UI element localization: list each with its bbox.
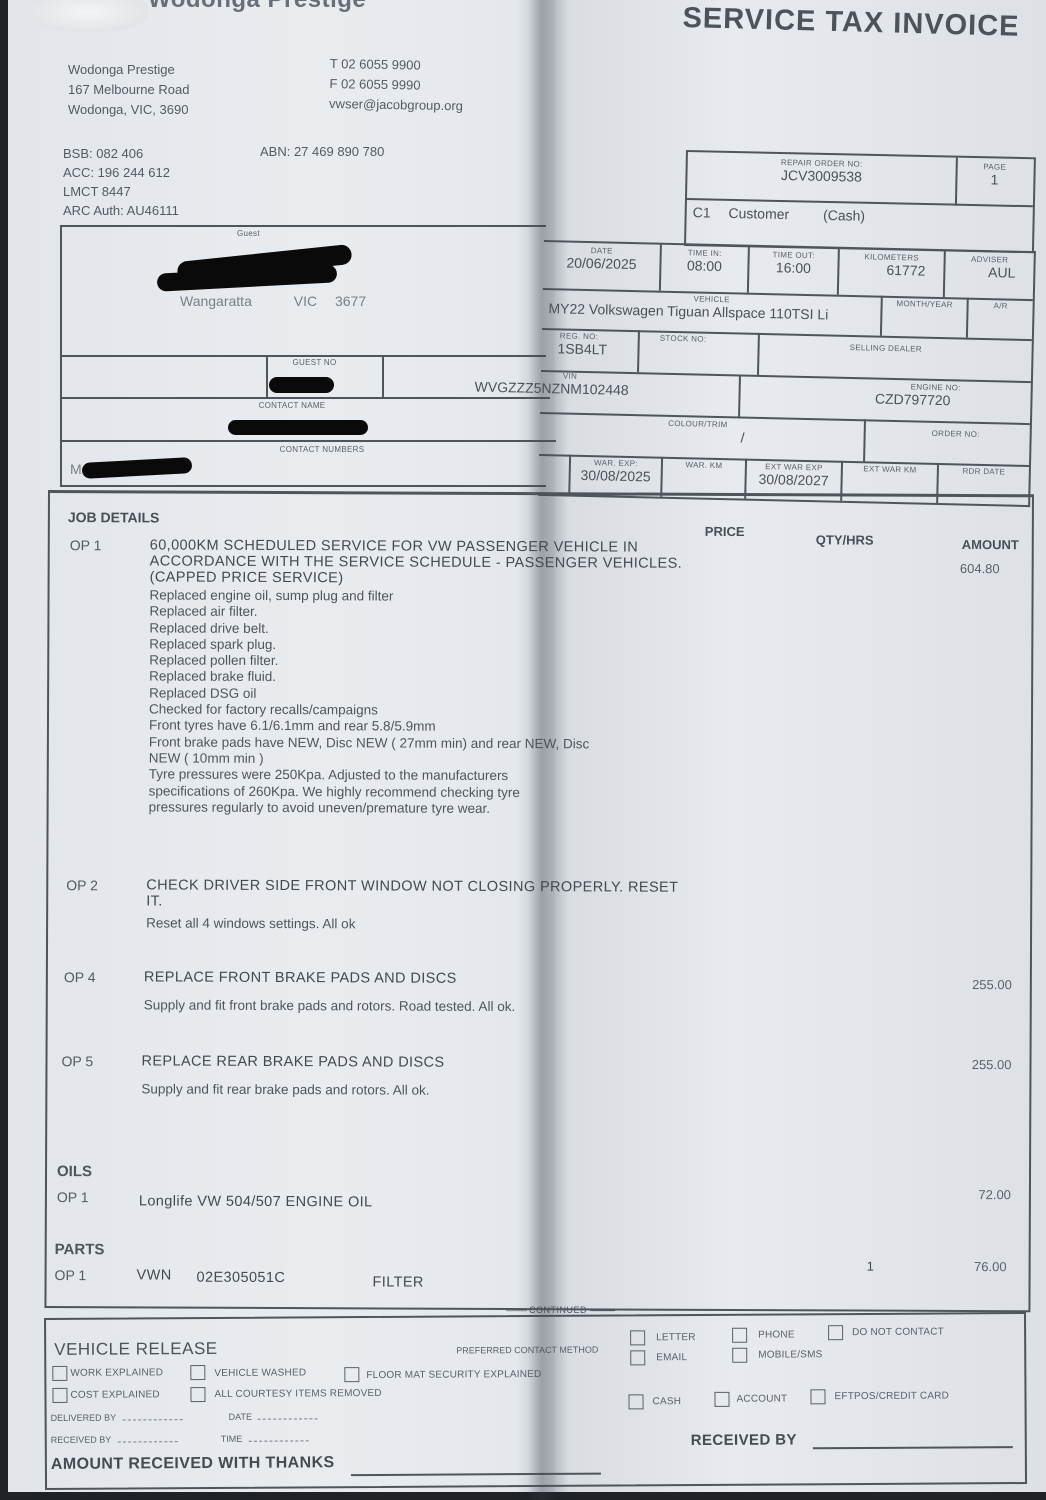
time-label: TIME [221, 1434, 243, 1444]
op-detail-line: Front brake pads have NEW, Disc NEW ( 27… [149, 734, 589, 752]
time-field[interactable]: TIME [221, 1432, 309, 1444]
date-label: DATE [229, 1412, 252, 1422]
account-number: ACC: 196 244 612 [63, 163, 179, 182]
part-brand: VWN [137, 1267, 172, 1283]
email-label: EMAIL [656, 1352, 687, 1363]
cost-explained-checkbox[interactable] [52, 1388, 67, 1403]
bank-details: BSB: 082 406 ACC: 196 244 612 LMCT 8447 … [63, 144, 179, 220]
account-label: ACCOUNT [736, 1393, 787, 1404]
oil-op-code: OP 1 [57, 1189, 89, 1205]
op-details: Replaced engine oil, sump plug and filte… [149, 587, 590, 817]
op-detail-line: Replaced spark plug. [149, 636, 589, 654]
op-detail-line: Replaced pollen filter. [149, 653, 589, 671]
received-by-label: RECEIVED BY [691, 1431, 797, 1449]
payment-type: (Cash) [823, 207, 865, 224]
job-operation: OP 1 60,000KM SCHEDULED SERVICE FOR VW P… [50, 493, 1032, 497]
op-detail-line: pressures regularly to avoid uneven/prem… [149, 799, 589, 817]
op-title: REPLACE REAR BRAKE PADS AND DISCS [141, 1053, 444, 1070]
op-detail-line: Checked for factory recalls/campaigns [149, 702, 589, 720]
eftpos-checkbox[interactable] [810, 1389, 825, 1404]
dealer-address: Wodonga Prestige 167 Melbourne Road Wodo… [68, 60, 189, 120]
guest-suburb: Wangaratta [180, 293, 252, 309]
job-operation: OP 2 CHECK DRIVER SIDE FRONT WINDOW NOT … [50, 493, 1032, 497]
war-exp-cell: WAR. EXP: 30/08/2025 [568, 455, 663, 497]
amount-received-line[interactable] [351, 1473, 601, 1477]
op-details: Supply and fit front brake pads and roto… [144, 997, 516, 1015]
op-code: OP 5 [61, 1053, 93, 1069]
document-title: SERVICE TAX INVOICE [682, 2, 1020, 44]
kilometers-cell: KILOMETERS 61772 [839, 249, 946, 297]
op-code: OP 2 [66, 877, 98, 893]
adviser-value: AUL [945, 263, 1033, 281]
logo-smudge [28, 0, 148, 32]
time-out-cell: TIME OUT: 16:00 [749, 247, 840, 295]
received-by-small-label: RECEIVED BY [51, 1435, 112, 1445]
date-cell: DATE 20/06/2025 [543, 242, 662, 291]
contact-number-prefix: M [70, 461, 82, 477]
phone-label: PHONE [758, 1329, 795, 1340]
order-cell: ORDER No: [865, 419, 1030, 465]
order-label: ORDER No: [866, 427, 1030, 440]
abn: ABN: 27 469 890 780 [260, 144, 384, 159]
divider [382, 355, 384, 397]
op-amount: 255.00 [942, 977, 1012, 992]
email-address: vwser@jacobgroup.org [329, 94, 463, 116]
work-explained-label: WORK EXPLAINED [70, 1367, 163, 1379]
courtesy-items-label: ALL COURTESY ITEMS REMOVED [214, 1388, 381, 1400]
repair-order-cell: REPAIR ORDER No: JCV3009538 [687, 152, 958, 206]
op-detail-line: Tyre pressures were 250Kpa. Adjusted to … [149, 767, 589, 785]
part-amount: 76.00 [937, 1259, 1007, 1274]
stock-cell: STOCK No: [639, 330, 760, 375]
op-title: 60,000KM SCHEDULED SERVICE FOR VW PASSEN… [150, 537, 683, 587]
cost-explained-label: COST EXPLAINED [70, 1389, 159, 1401]
amount-column-header: AMOUNT [962, 537, 1019, 552]
engine-cell: ENGINE No: CZD797720 [740, 375, 1031, 424]
delivered-by-field[interactable]: DELIVERED BY [51, 1411, 183, 1423]
delivered-by-label: DELIVERED BY [51, 1413, 117, 1423]
redacted-guest-no [269, 377, 334, 393]
vehicle-washed-label: VEHICLE WASHED [214, 1367, 306, 1379]
op-amount: 604.80 [930, 561, 1000, 576]
op-title-line: CHECK DRIVER SIDE FRONT WINDOW NOT CLOSI… [146, 877, 678, 895]
op-detail-line: Replaced DSG oil [149, 685, 589, 703]
continued-label: CONTINUED [529, 1305, 587, 1315]
cash-label: CASH [652, 1396, 681, 1407]
month-year-cell: MONTH/YEAR [882, 296, 969, 338]
price-column-header: PRICE [705, 524, 745, 539]
kilometers-value: 61772 [839, 261, 943, 279]
lmct: LMCT 8447 [63, 182, 179, 201]
preferred-contact-label: PREFERRED CONTACT METHOD [456, 1345, 598, 1356]
guest-label: Guest [237, 229, 260, 238]
qty-column-header: QTY/HRS [816, 532, 874, 547]
guest-state: VIC [294, 293, 317, 309]
do-not-contact-checkbox[interactable] [828, 1325, 843, 1340]
op-code: OP 4 [64, 969, 96, 985]
ext-war-km-label: EXT WAR KM [843, 464, 937, 475]
op-title: REPLACE FRONT BRAKE PADS AND DISCS [144, 969, 457, 986]
parts-heading: PARTS [55, 1241, 105, 1258]
op-detail-line: Replaced drive belt. [149, 620, 589, 638]
rdr-label: RDR Date [939, 466, 1029, 477]
received-by-line[interactable] [813, 1446, 1013, 1449]
op-detail-line: Replaced brake fluid. [149, 669, 589, 687]
redacted-contact-name [228, 420, 368, 435]
job-operation: OP 4 REPLACE FRONT BRAKE PADS AND DISCS … [50, 493, 1032, 497]
eftpos-label: EFTPOS/CREDIT CARD [834, 1390, 949, 1402]
divider [62, 440, 556, 442]
ext-war-exp-value: 30/08/2027 [746, 471, 840, 489]
reg-cell: REG. No: 1SB4LT [541, 328, 640, 372]
oil-amount: 72.00 [941, 1187, 1011, 1202]
time-in-cell: TIME IN: 08:00 [661, 245, 750, 293]
page-number: 1 [955, 171, 1033, 189]
selling-dealer-label: SELLING DEALER [760, 341, 1032, 356]
job-details-heading: JOB DETAILS [68, 509, 160, 525]
oil-description: Longlife VW 504/507 ENGINE OIL [139, 1193, 373, 1210]
op-detail-line: Replaced air filter. [149, 604, 589, 622]
letter-label: LETTER [656, 1332, 696, 1343]
op-details: Supply and fit rear brake pads and rotor… [141, 1081, 429, 1099]
fax-number: F 02 6055 9990 [329, 74, 463, 96]
customer-type: C1 Customer (Cash) [693, 204, 866, 224]
address-line: Wodonga, VIC, 3690 [68, 100, 189, 120]
customer-type-label: Customer [728, 205, 789, 222]
job-details-section: JOB DETAILS PRICE QTY/HRS AMOUNT OP 1 60… [44, 490, 1034, 1312]
guest-location: Wangaratta VIC 3677 [180, 293, 366, 309]
op-detail-line: NEW ( 10mm min ) [149, 750, 589, 768]
op-code: OP 1 [70, 537, 102, 553]
ac-cell: A/R [968, 298, 1033, 339]
stock-label: STOCK No: [640, 333, 758, 345]
vehicle-details-grid: DATE 20/06/2025 TIME IN: 08:00 TIME OUT:… [538, 240, 1036, 507]
vehicle-release-section: VEHICLE RELEASE WORK EXPLAINED VEHICLE W… [44, 1312, 1027, 1490]
job-operation: OP 5 REPLACE REAR BRAKE PADS AND DISCS S… [50, 493, 1032, 497]
op-title-line: IT. [146, 893, 678, 911]
phone-number: T 02 6055 9900 [330, 54, 464, 76]
do-not-contact-label: DO NOT CONTACT [852, 1327, 944, 1339]
guest-no-label: GUEST No [267, 358, 362, 367]
cash-checkbox[interactable] [628, 1394, 643, 1409]
vehicle-washed-checkbox[interactable] [190, 1365, 205, 1380]
vin-cell: VIN WVGZZZ5NZNM102448 [470, 368, 741, 416]
ac-label: A/R [969, 301, 1033, 311]
date-field[interactable]: DATE [229, 1410, 318, 1422]
floor-mat-security-label: FLOOR MAT SECURITY EXPLAINED [366, 1369, 541, 1381]
mobile-sms-checkbox[interactable] [732, 1348, 747, 1363]
adviser-cell: ADVISER AUL [945, 251, 1034, 299]
war-km-label: WAR. KM [663, 460, 745, 471]
courtesy-items-checkbox[interactable] [190, 1387, 205, 1402]
contact-numbers-label: CONTACT NUMBERS [222, 445, 422, 454]
part-qty: 1 [867, 1259, 875, 1275]
divider [62, 355, 546, 357]
time-in-value: 08:00 [661, 257, 747, 275]
month-year-label: MONTH/YEAR [883, 299, 967, 310]
invoice-paper: Wodonga Prestige SERVICE TAX INVOICE Wod… [8, 0, 1046, 1492]
war-exp-value: 30/08/2025 [571, 467, 661, 485]
letter-checkbox[interactable] [630, 1330, 645, 1345]
oils-heading: OILS [57, 1163, 92, 1180]
op-amount: 255.00 [941, 1057, 1011, 1072]
address-line: Wodonga Prestige [68, 60, 189, 80]
dealer-contact: T 02 6055 9900 F 02 6055 9990 vwser@jaco… [329, 54, 464, 116]
time-out-value: 16:00 [749, 259, 837, 277]
selling-dealer-cell: SELLING DEALER [759, 333, 1032, 381]
colour-cell: COLOUR/TRIM / [531, 412, 866, 462]
mobile-sms-label: MOBILE/SMS [758, 1349, 822, 1360]
op-details: Reset all 4 windows settings. All ok [146, 915, 355, 932]
op-detail-line: Replaced engine oil, sump plug and filte… [150, 587, 590, 605]
customer-block: Guest Wangaratta VIC 3677 GUEST No CONTA… [60, 225, 546, 487]
date-value: 20/06/2025 [543, 254, 659, 273]
op-detail-line: specifications of 260Kpa. We highly reco… [149, 783, 589, 801]
phone-checkbox[interactable] [732, 1328, 747, 1343]
continued-marker: ‒‒‒‒‒ CONTINUED ‒‒‒‒‒‒ [506, 1305, 614, 1315]
reg-value: 1SB4LT [541, 340, 637, 358]
vehicle-release-heading: VEHICLE RELEASE [54, 1339, 218, 1360]
page-cell: PAGE 1 [955, 158, 1034, 208]
address-line: 167 Melbourne Road [68, 80, 189, 100]
op-detail-line: Front tyres have 6.1/6.1mm and rear 5.8/… [149, 718, 589, 736]
repair-order-box: REPAIR ORDER No: JCV3009538 PAGE 1 C1 Cu… [684, 150, 1036, 253]
floor-mat-security-checkbox[interactable] [344, 1367, 359, 1382]
op-title: CHECK DRIVER SIDE FRONT WINDOW NOT CLOSI… [146, 877, 678, 911]
op-title-line: (CAPPED PRICE SERVICE) [150, 569, 682, 587]
account-checkbox[interactable] [714, 1392, 729, 1407]
part-op-code: OP 1 [55, 1267, 87, 1283]
work-explained-checkbox[interactable] [52, 1366, 67, 1381]
customer-type-code: C1 [693, 204, 711, 220]
contact-name-label: CONTACT NAME [192, 401, 392, 410]
bsb: BSB: 082 406 [63, 144, 179, 163]
part-number: 02E305051C [197, 1270, 286, 1286]
arc-auth: ARC Auth: AU46111 [63, 201, 179, 220]
dealer-logo: Wodonga Prestige [148, 0, 366, 14]
guest-postcode: 3677 [335, 293, 366, 309]
redacted-contact-number [82, 457, 193, 479]
received-by-small-field[interactable]: RECEIVED BY [51, 1433, 178, 1445]
amount-received-label: AMOUNT RECEIVED WITH THANKS [51, 1454, 335, 1474]
email-checkbox[interactable] [630, 1350, 645, 1365]
part-description: FILTER [373, 1274, 424, 1290]
